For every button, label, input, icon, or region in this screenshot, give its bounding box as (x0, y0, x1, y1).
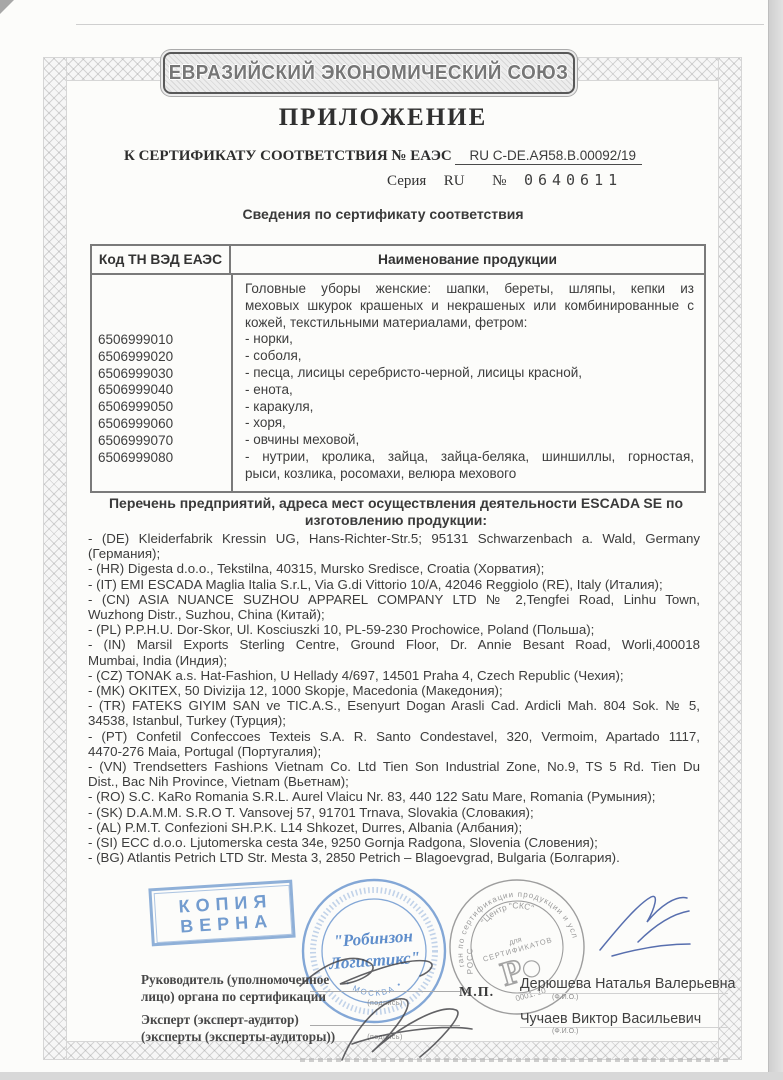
description-line: Головные уборы женские: шапки, береты, ш… (245, 281, 694, 298)
eaeu-banner-text: ЕВРАЗИЙСКИЙ ЭКОНОМИЧЕСКИЙ СОЮЗ (169, 62, 569, 85)
manufacturers-heading: Перечень предприятий, адреса мест осущес… (90, 495, 702, 528)
fio-caption: (Ф.И.О.) (552, 1028, 578, 1035)
robinson-stamp-line2: Логистикс" (328, 948, 421, 973)
certificate-page: ЕВРАЗИЙСКИЙ ЭКОНОМИЧЕСКИЙ СОЮЗ ПРИЛОЖЕНИ… (0, 0, 783, 1080)
signature-caption: (подпись) (367, 1000, 403, 1007)
robinson-stamp-line1: "Робинзон (333, 926, 414, 950)
expert-signature-line: (подпись) (310, 1025, 460, 1044)
manufacturer-line: Dist., Bac Nih Province, Vietnam (Вьетна… (88, 774, 700, 789)
expert-label-line: Эксперт (эксперт-аудитор) (141, 1012, 335, 1029)
info-heading: Сведения по сертификату соответствия (43, 206, 723, 222)
tnved-code: 6506999030 (98, 366, 231, 383)
head-label-line: Руководитель (уполномоченное (141, 972, 329, 989)
blank-number: 0640611 (524, 171, 622, 189)
tnved-code: 6506999060 (98, 416, 231, 433)
codes-cell: 6506999010 6506999020 6506999030 6506999… (92, 275, 233, 491)
expert-label-line: (эксперты (эксперты-аудиторы)) (141, 1029, 335, 1046)
manufacturer-line: - (RO) S.C. KaRo Romania S.R.L. Aurel Vl… (88, 789, 700, 804)
manufacturer-line: - (SK) D.A.M.M. S.R.O T. Vansovej 57, 91… (88, 805, 700, 820)
signature-caption: (подпись) (367, 1034, 403, 1041)
manufacturer-line: - (TR) FATEKS GIYIM SAN ve TIC.A.S., Ese… (88, 698, 700, 713)
product-table: Код ТН ВЭД ЕАЭС Наименование продукции 6… (90, 244, 706, 493)
product-item: - овчины меховой, (245, 432, 694, 449)
description-line: кожей, текстильными материалами, фетром: (245, 315, 694, 332)
col-header-code: Код ТН ВЭД ЕАЭС (92, 246, 231, 273)
product-item: - нутрии, кролика, зайца, зайца-беляка, … (245, 449, 694, 466)
manufacturer-line: - (PT) Confetil Confeccoes Texteis S.A. … (88, 729, 700, 744)
manufacturer-line: Mumbai, India (Индия); (88, 653, 700, 668)
product-item: - норки, (245, 331, 694, 348)
product-item: рыси, козлика, росомахи, велюра мехового (245, 466, 694, 483)
fio-caption: (Ф.И.О.) (552, 994, 578, 1001)
manufacturer-line: - (AL) P.M.T. Confezioni SH.P.K. L14 Shk… (88, 820, 700, 835)
scan-corner-artifact (0, 0, 14, 14)
scan-edge-bottom (0, 1072, 783, 1080)
manufacturer-line: - (MK) OKITEX, 50 Divizija 12, 1000 Skop… (88, 683, 700, 698)
expert-name: Чучаев Виктор Васильевич (520, 1011, 701, 1027)
manufacturers-list: - (DE) Kleiderfabrik Kressin UG, Hans-Ri… (88, 531, 700, 865)
manufacturer-line: (Германия); (88, 546, 700, 561)
fine-print-strip (300, 1058, 730, 1062)
head-of-body-label: Руководитель (уполномоченное лицо) орган… (141, 972, 329, 1005)
blue-signature-scribble (600, 896, 690, 956)
manufacturers-heading-line: изготовлению продукции: (90, 512, 702, 529)
product-table-body: 6506999010 6506999020 6506999030 6506999… (92, 275, 704, 491)
col-header-product: Наименование продукции (231, 246, 704, 273)
manufacturer-line: - (CN) ASIA NUANCE SUZHOU APPAREL COMPAN… (88, 592, 700, 607)
series-line: Серия RU № 0640611 (387, 171, 622, 190)
manufacturer-line: Wuzhong Distr., Suzhou, China (Китай); (88, 607, 700, 622)
manufacturer-line: - (IN) Marsil Exports Sterling Centre, G… (88, 637, 700, 652)
eaeu-banner: ЕВРАЗИЙСКИЙ ЭКОНОМИЧЕСКИЙ СОЮЗ (163, 52, 575, 94)
tnved-code: 6506999020 (98, 349, 231, 366)
manufacturer-line: - (VN) Trendsetters Fashions Vietnam Co.… (88, 759, 700, 774)
manufacturers-heading-line: Перечень предприятий, адреса мест осущес… (90, 495, 702, 512)
copy-verna-stamp: КОПИЯ ВЕРНА (148, 880, 295, 947)
tnved-code: 6506999070 (98, 433, 231, 450)
product-item: - песца, лисицы серебристо-черной, лисиц… (245, 365, 694, 382)
tnved-code: 6506999050 (98, 399, 231, 416)
description-line: меховых шкурок крашеных и некрашеных или… (245, 298, 694, 315)
manufacturer-line: 4470-276 Maia, Portugal (Португалия); (88, 744, 700, 759)
tnved-code: 6506999040 (98, 382, 231, 399)
manufacturer-line: - (IT) EMI ESCADA Maglia Italia S.r.L, V… (88, 577, 700, 592)
tnved-code: 6506999010 (98, 332, 231, 349)
product-item: - соболя, (245, 348, 694, 365)
number-sign: № (492, 173, 506, 189)
manufacturer-line: - (SI) ECC d.o.o. Ljutomerska cesta 34e,… (88, 835, 700, 850)
manufacturer-line: 34538, Istanbul, Turkey (Турция); (88, 713, 700, 728)
manufacturer-line: - (PL) P.P.H.U. Dor-Skor, Ul. Kosciuszki… (88, 622, 700, 637)
expert-label: Эксперт (эксперт-аудитор) (эксперты (экс… (141, 1012, 335, 1045)
product-table-header: Код ТН ВЭД ЕАЭС Наименование продукции (92, 246, 704, 275)
tnved-code: 6506999080 (98, 450, 231, 467)
manufacturer-line: - (CZ) TONAK a.s. Hat-Fashion, U Hellady… (88, 668, 700, 683)
manufacturer-line: - (BG) Atlantis Petrich LTD Str. Mesta 3… (88, 850, 700, 865)
manufacturer-line: - (HR) Digesta d.o.o., Tekstilna, 40315,… (88, 561, 700, 576)
certificate-label: К СЕРТИФИКАТУ СООТВЕТСТВИЯ № ЕАЭС (124, 148, 452, 164)
product-description-cell: Головные уборы женские: шапки, береты, ш… (233, 275, 704, 491)
series-label: Серия (387, 173, 426, 189)
head-signature-line: (подпись) (310, 991, 460, 1010)
certificate-number: RU C-DE.АЯ58.В.00092/19 (455, 148, 642, 165)
scan-top-line (76, 24, 764, 25)
head-name: Дерюшева Наталья Валерьевна (520, 976, 735, 992)
scan-edge-right (768, 0, 783, 1080)
product-item: - каракуля, (245, 399, 694, 416)
cert-stamp-ross: РОСС (465, 947, 474, 974)
manufacturer-line: - (DE) Kleiderfabrik Kressin UG, Hans-Ri… (88, 531, 700, 546)
mp-seal-label: М.П. (459, 985, 494, 1001)
head-label-line: лицо) органа по сертификации (141, 989, 329, 1006)
product-item: - енота, (245, 382, 694, 399)
series-region: RU (444, 173, 465, 189)
copy-verna-stamp-inner: КОПИЯ ВЕРНА (154, 885, 293, 943)
page-title: ПРИЛОЖЕНИЕ (43, 104, 723, 132)
certificate-line: К СЕРТИФИКАТУ СООТВЕТСТВИЯ № ЕАЭС RU C-D… (43, 148, 723, 165)
product-item: - хоря, (245, 415, 694, 432)
